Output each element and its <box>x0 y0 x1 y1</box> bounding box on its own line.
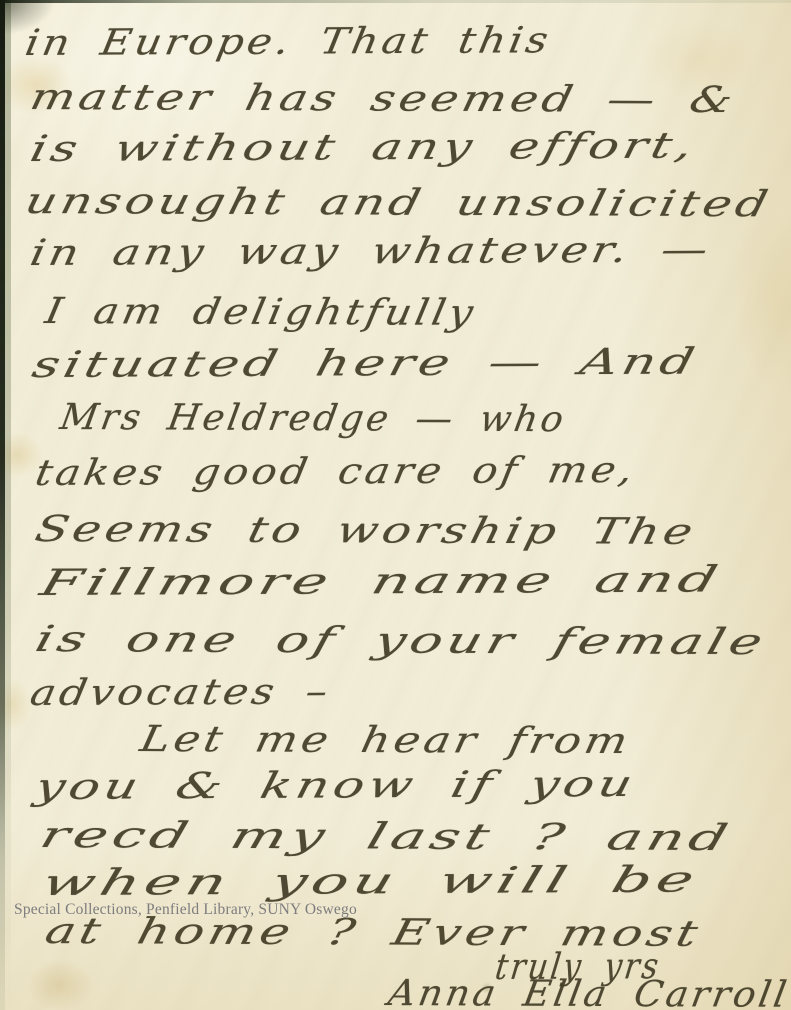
handwritten-line-17: when you will be <box>38 863 702 902</box>
handwritten-line-10: Seems to worship The <box>32 512 700 551</box>
scanned-letter-page: in Europe. That thismatter has seemed — … <box>0 0 791 1010</box>
handwritten-line-11: Fillmore name and <box>36 562 725 602</box>
handwritten-line-9: takes good care of me, <box>32 453 638 492</box>
archive-watermark: Special Collections, Penfield Library, S… <box>14 901 357 919</box>
handwritten-line-15: you & know if you <box>32 767 640 806</box>
handwritten-line-20: Anna Ella Carroll <box>386 976 791 1010</box>
handwritten-line-3: is without any effort, <box>27 128 700 168</box>
handwritten-line-7: situated here — And <box>29 344 702 384</box>
handwritten-line-5: in any way whatever. — <box>27 232 714 272</box>
handwritten-line-2: matter has seemed — & <box>27 80 739 119</box>
handwritten-line-13: advocates – <box>27 674 333 712</box>
handwritten-line-1: in Europe. That this <box>22 23 554 62</box>
handwritten-line-14: Let me hear from <box>137 722 634 760</box>
handwritten-line-4: unsought and unsolicited <box>22 184 775 223</box>
handwritten-line-19: truly yrs <box>493 949 663 986</box>
handwritten-line-6: I am delightfully <box>42 294 479 332</box>
handwriting-layer: in Europe. That thismatter has seemed — … <box>0 0 791 1010</box>
handwritten-line-12: is one of your female <box>32 622 771 661</box>
handwritten-line-8: Mrs Heldredge — who <box>58 400 569 438</box>
handwritten-line-16: recd my last ? and <box>36 818 735 857</box>
handwritten-line-18: at home ? Ever most <box>42 914 705 953</box>
